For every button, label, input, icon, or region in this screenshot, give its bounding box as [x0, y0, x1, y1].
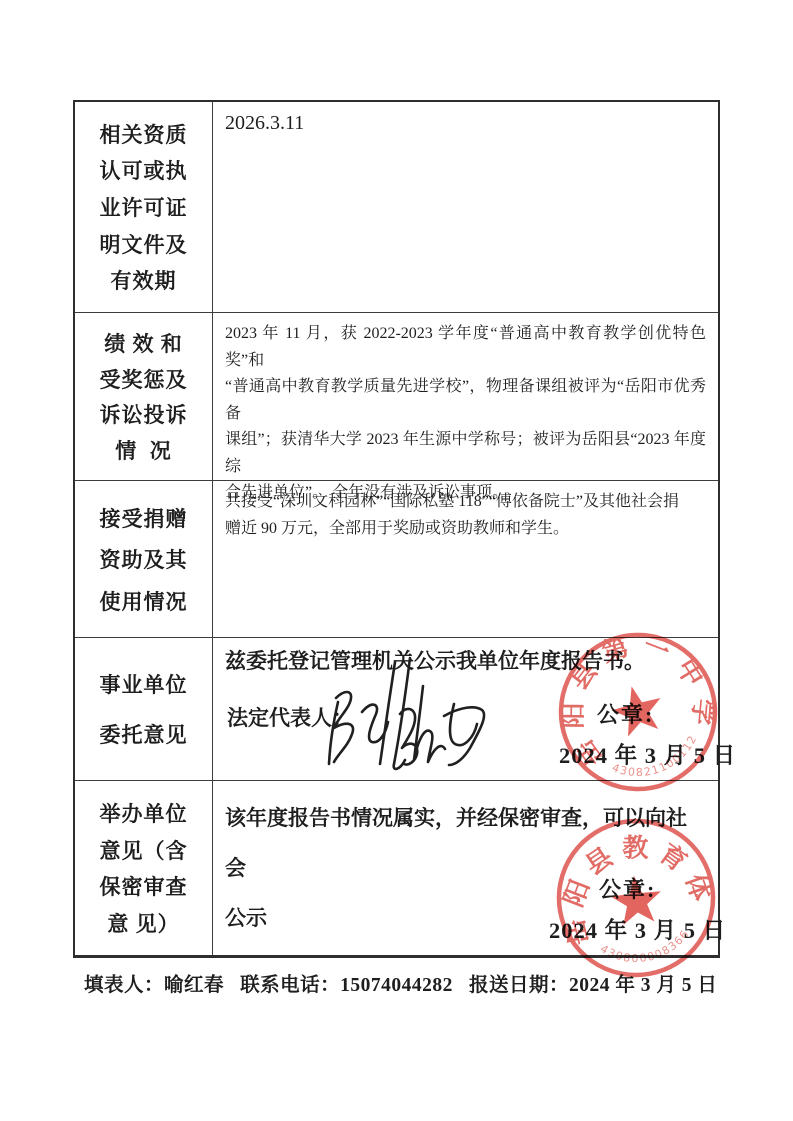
label-line: 举办单位 — [100, 798, 188, 828]
label-line: 受奖惩及 — [100, 364, 188, 394]
label-line: 有效期 — [111, 265, 177, 295]
seal-group: 岳阳县教育体育局 430800008366 — [554, 816, 718, 980]
row-label-donations: 接受捐赠 资助及其 使用情况 — [75, 481, 213, 637]
scanned-report-page: 相关资质 认可或执 业许可证 明文件及 有效期 2026.3.11 绩 效 和 … — [0, 0, 793, 1121]
signature-stroke — [380, 662, 395, 764]
label-line: 相关资质 — [100, 119, 188, 149]
qualification-validity-date: 2026.3.11 — [225, 110, 706, 136]
school-official-seal: 岳阳县第一中学 430821100112 — [556, 630, 720, 794]
seal-group: 岳阳县第一中学 430821100112 — [556, 630, 720, 794]
signature-stroke — [329, 702, 338, 764]
row-label-institution-opinion: 事业单位 委托意见 — [75, 638, 213, 780]
label-line: 明文件及 — [100, 229, 188, 259]
label-line: 事业单位 — [100, 669, 188, 699]
label-line: 绩 效 和 — [104, 328, 183, 358]
label-line: 委托意见 — [100, 719, 188, 749]
signature-stroke — [414, 686, 445, 762]
row-label-organizer-opinion: 举办单位 意见（含 保密审查 意 见） — [75, 781, 213, 955]
table-row-donations: 接受捐赠 资助及其 使用情况 共接受“深圳文科园林”“国际私塾 118”“傅依备… — [75, 481, 718, 638]
label-line: 意见（含 — [100, 835, 188, 865]
label-line: 诉讼投诉 — [100, 399, 188, 429]
performance-description: 2023 年 11 月，获 2022-2023 学年度“普通高中教育教学创优特色… — [225, 321, 706, 507]
row-label-qualification: 相关资质 认可或执 业许可证 明文件及 有效期 — [75, 102, 213, 312]
seal-serial-number: 430800008366 — [596, 925, 696, 972]
form-footer-text: 填表人：喻红春 联系电话：15074044282 报送日期：2024 年 3 月… — [84, 969, 717, 997]
label-line: 认可或执 — [100, 155, 188, 185]
legal-rep-signature — [322, 652, 494, 778]
donations-description: 共接受“深圳文科园林”“国际私塾 118”“傅依备院士”及其他社会捐 赠近 90… — [225, 489, 706, 542]
seal-serial-number: 430821100112 — [606, 730, 707, 792]
education-bureau-seal: 岳阳县教育体育局 430800008366 — [554, 816, 718, 980]
label-line: 接受捐赠 — [100, 503, 188, 533]
label-line: 使用情况 — [100, 586, 188, 616]
cell-performance-text: 2023 年 11 月，获 2022-2023 学年度“普通高中教育教学创优特色… — [213, 313, 718, 480]
cell-qualification-value: 2026.3.11 — [213, 102, 718, 312]
label-line: 资助及其 — [100, 544, 188, 574]
row-label-performance: 绩 效 和 受奖惩及 诉讼投诉 情 况 — [75, 313, 213, 480]
label-line: 保密审查 — [100, 871, 188, 901]
label-line: 业许可证 — [100, 192, 188, 222]
table-row-qualification: 相关资质 认可或执 业许可证 明文件及 有效期 2026.3.11 — [75, 102, 718, 313]
label-line: 情 况 — [115, 435, 172, 465]
cell-donations-text: 共接受“深圳文科园林”“国际私塾 118”“傅依备院士”及其他社会捐 赠近 90… — [213, 481, 718, 637]
seal-star-icon — [607, 680, 667, 739]
seal-star-icon — [609, 873, 664, 926]
label-line: 意 见） — [107, 908, 179, 938]
table-row-performance: 绩 效 和 受奖惩及 诉讼投诉 情 况 2023 年 11 月，获 2022-2… — [75, 313, 718, 481]
